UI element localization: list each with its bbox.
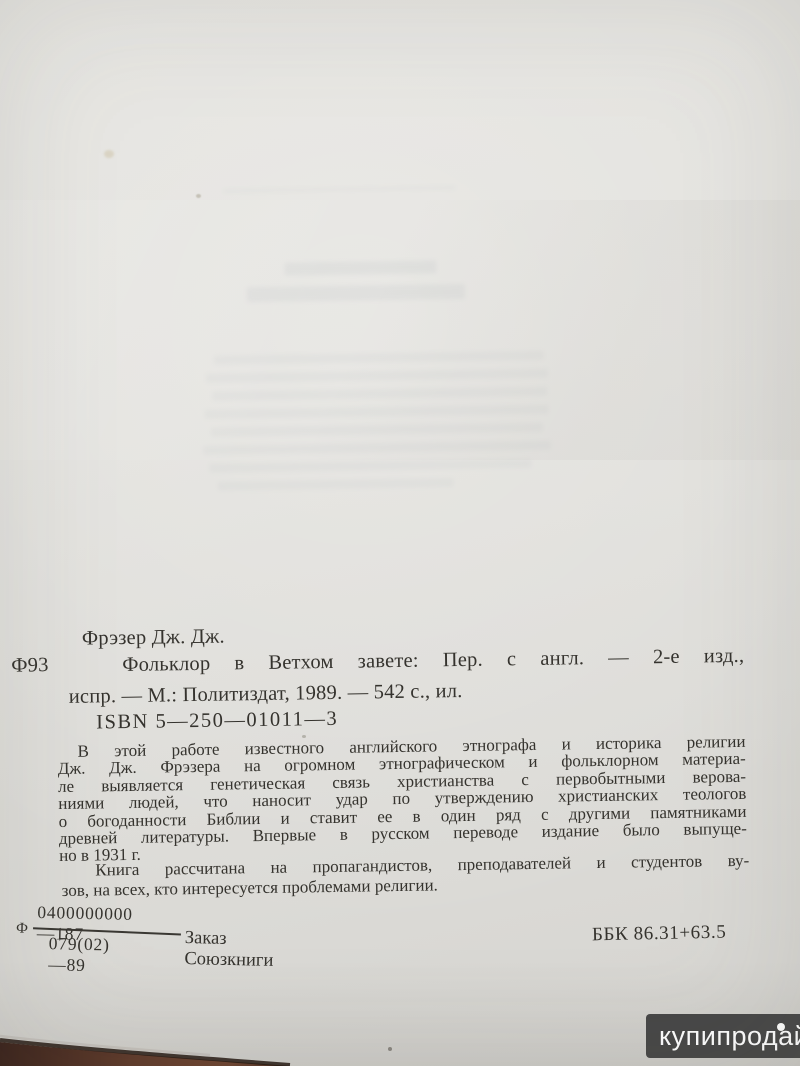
bbk-code: ББК 86.31+63.5: [592, 922, 727, 947]
showthrough-text-line: [206, 369, 548, 383]
author-heading: Фрэзер Дж. Дж.: [82, 626, 225, 651]
showthrough-title-line: [284, 260, 436, 275]
showthrough-text-line: [205, 405, 549, 419]
showthrough-text-line: [209, 459, 531, 473]
order-note: Заказ Союзкниги: [184, 928, 274, 972]
logo-dot-icon: [777, 1023, 785, 1031]
annotation-paragraph: В этой работе известного английского этн…: [57, 733, 747, 865]
bibliographic-title-line: Фольклор в Ветхом завете: Пер. с англ. —…: [122, 645, 744, 677]
kupiproday-watermark-badge: купипродай: [646, 1014, 800, 1058]
imprint-letter: Ф: [16, 920, 28, 937]
showthrough-title-line: [247, 284, 465, 302]
showthrough-text-line: [212, 387, 547, 401]
isbn-line: ISBN 5—250—01011—3: [96, 708, 338, 735]
showthrough-text-line: [211, 423, 543, 437]
bibliographic-title-line: испр. — М.: Политиздат, 1989. — 542 с., …: [69, 680, 463, 709]
showthrough-rule: [223, 186, 455, 192]
showthrough-text-line: [218, 478, 454, 491]
classification-code: Ф93: [11, 654, 49, 678]
imprint-denominator: 079(02)—89: [48, 933, 110, 976]
showthrough-text-line: [203, 441, 551, 455]
book-imprint-page-photo: Фрэзер Дж. Дж. Ф93 Фольклор в Ветхом зав…: [0, 0, 800, 1066]
showthrough-text-line: [214, 351, 544, 365]
